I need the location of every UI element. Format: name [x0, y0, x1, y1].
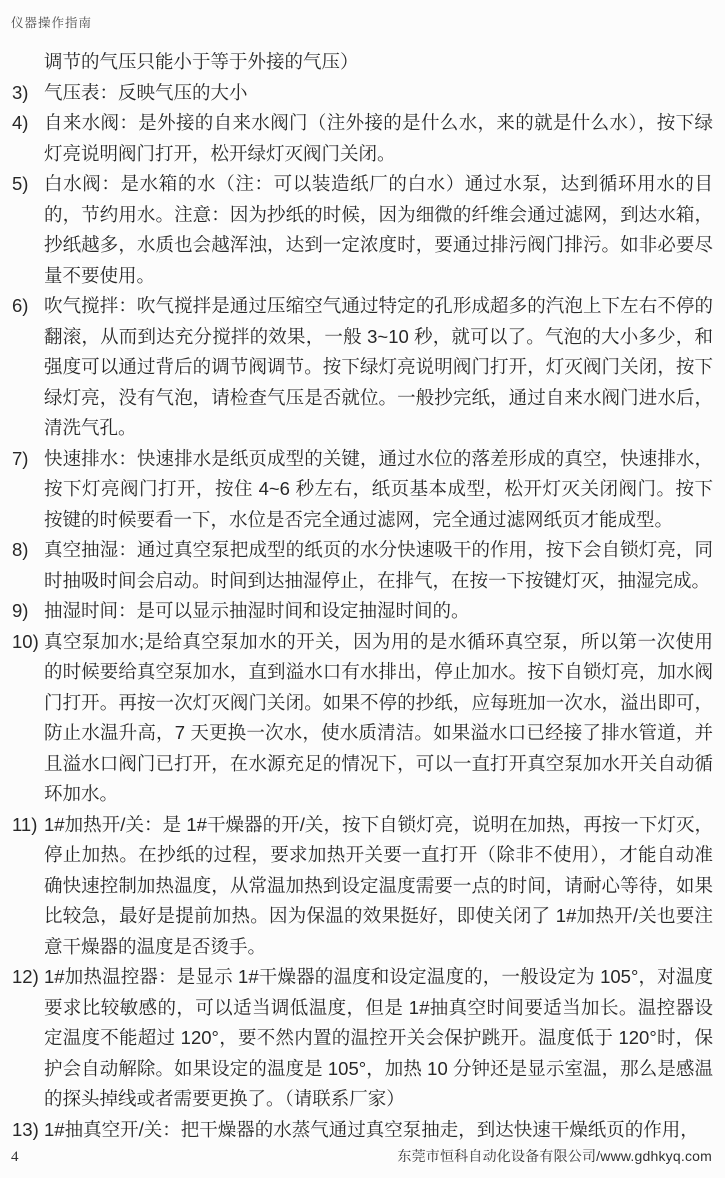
page-header: 仪器操作指南 — [11, 13, 92, 31]
item-number: 12) — [12, 962, 44, 993]
item-number: 8) — [12, 535, 44, 566]
item-text: 自来水阀：是外接的自来水阀门（注外接的是什么水，来的就是什么水），按下绿灯亮说明… — [44, 108, 713, 169]
item-text: 1#加热温控器：是显示 1#干燥器的温度和设定温度的，一般设定为 105°，对温… — [44, 962, 713, 1115]
list-item: 4) 自来水阀：是外接的自来水阀门（注外接的是什么水，来的就是什么水），按下绿灯… — [12, 108, 713, 169]
item-number: 5) — [12, 169, 44, 200]
item-number: 6) — [12, 291, 44, 322]
list-item: 7) 快速排水：快速排水是纸页成型的关键，通过水位的落差形成的真空，快速排水，按… — [12, 444, 713, 536]
continuation-line: 调节的气压只能小于等于外接的气压） — [12, 47, 713, 78]
item-text: 真空抽湿：通过真空泵把成型的纸页的水分快速吸干的作用，按下会自锁灯亮，同时抽吸时… — [44, 535, 713, 596]
page-footer: 4 东莞市恒科自动化设备有限公司/www.gdhkyq.com — [11, 1146, 712, 1166]
item-text: 1#加热开/关：是 1#干燥器的开/关，按下自锁灯亮，说明在加热，再按一下灯灭，… — [44, 810, 713, 963]
list-item: 12) 1#加热温控器：是显示 1#干燥器的温度和设定温度的，一般设定为 105… — [12, 962, 713, 1115]
document-body: 调节的气压只能小于等于外接的气压） 3) 气压表：反映气压的大小 4) 自来水阀… — [12, 47, 713, 1145]
item-number: 10) — [12, 627, 44, 658]
list-item: 11) 1#加热开/关：是 1#干燥器的开/关，按下自锁灯亮，说明在加热，再按一… — [12, 810, 713, 963]
item-text: 气压表：反映气压的大小 — [44, 78, 713, 109]
list-item: 8) 真空抽湿：通过真空泵把成型的纸页的水分快速吸干的作用，按下会自锁灯亮，同时… — [12, 535, 713, 596]
item-text: 真空泵加水;是给真空泵加水的开关，因为用的是水循环真空泵，所以第一次使用的时候要… — [44, 627, 713, 810]
item-number: 11) — [12, 810, 44, 841]
list-item: 9) 抽湿时间：是可以显示抽湿时间和设定抽湿时间的。 — [12, 596, 713, 627]
item-text: 抽湿时间：是可以显示抽湿时间和设定抽湿时间的。 — [44, 596, 713, 627]
item-text: 1#抽真空开/关：把干燥器的水蒸气通过真空泵抽走，到达快速干燥纸页的作用， — [44, 1115, 713, 1146]
list-item: 6) 吹气搅拌：吹气搅拌是通过压缩空气通过特定的孔形成超多的汽泡上下左右不停的翻… — [12, 291, 713, 444]
footer-company-text: 东莞市恒科自动化设备有限公司/www.gdhkyq.com — [397, 1146, 712, 1166]
list-item: 5) 白水阀：是水箱的水（注：可以装造纸厂的白水）通过水泵，达到循环用水的目的，… — [12, 169, 713, 291]
page-number: 4 — [11, 1149, 19, 1166]
item-number: 4) — [12, 108, 44, 139]
item-number: 7) — [12, 444, 44, 475]
document-page: 仪器操作指南 调节的气压只能小于等于外接的气压） 3) 气压表：反映气压的大小 … — [0, 0, 725, 1178]
item-text: 快速排水：快速排水是纸页成型的关键，通过水位的落差形成的真空，快速排水，按下灯亮… — [44, 444, 713, 536]
numbered-list: 3) 气压表：反映气压的大小 4) 自来水阀：是外接的自来水阀门（注外接的是什么… — [12, 78, 713, 1146]
header-title: 仪器操作指南 — [11, 16, 92, 30]
item-number: 13) — [12, 1115, 44, 1146]
list-item: 10) 真空泵加水;是给真空泵加水的开关，因为用的是水循环真空泵，所以第一次使用… — [12, 627, 713, 810]
item-text: 吹气搅拌：吹气搅拌是通过压缩空气通过特定的孔形成超多的汽泡上下左右不停的翻滚，从… — [44, 291, 713, 444]
list-item: 13) 1#抽真空开/关：把干燥器的水蒸气通过真空泵抽走，到达快速干燥纸页的作用… — [12, 1115, 713, 1146]
item-text: 白水阀：是水箱的水（注：可以装造纸厂的白水）通过水泵，达到循环用水的目的，节约用… — [44, 169, 713, 291]
item-number: 3) — [12, 78, 44, 109]
item-number: 9) — [12, 596, 44, 627]
list-item: 3) 气压表：反映气压的大小 — [12, 78, 713, 109]
